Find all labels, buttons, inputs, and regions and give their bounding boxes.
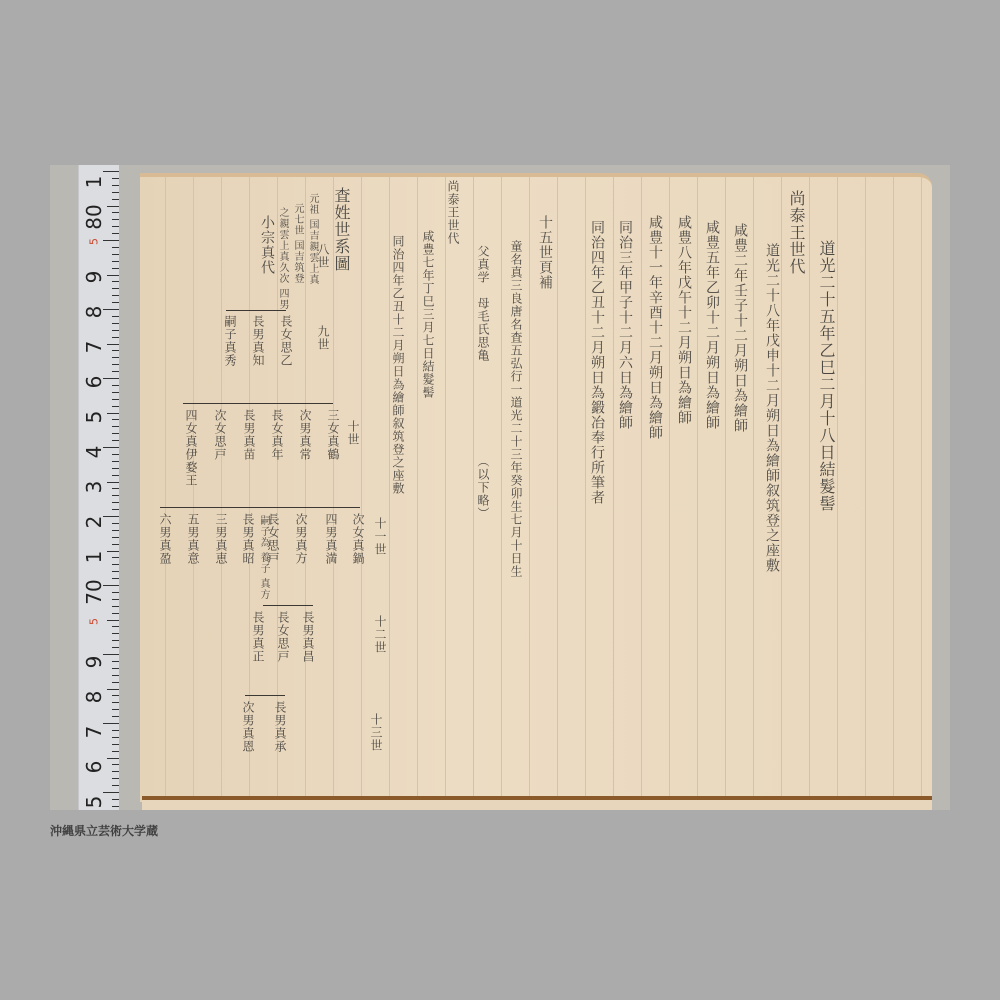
eleventh-gen-6: 三男真恵 — [213, 513, 230, 565]
ruler-tick — [112, 661, 119, 662]
ruler-tick — [107, 758, 119, 759]
entry-5: 咸豊八年戊午十二月朔日為繪師 — [674, 215, 694, 425]
ruler-tick — [107, 206, 119, 207]
paper-rule-line — [697, 177, 698, 810]
ruler-label: 5 — [82, 789, 106, 810]
ruler-label: 8 — [82, 299, 106, 325]
entry-8: 同治四年乙丑十二月朔日為鍛冶奉行所筆者 — [587, 220, 607, 505]
ruler-tick — [112, 357, 119, 358]
paper-rule-line — [893, 177, 894, 810]
paper-rule-line — [669, 177, 670, 810]
tenth-gen-1: 三女真鶴 — [325, 409, 342, 461]
ruler-tick — [107, 413, 119, 414]
paper-rule-line — [557, 177, 558, 810]
ruler-tick — [112, 675, 119, 676]
ruler-tick — [112, 295, 119, 296]
ruler-tick — [103, 240, 119, 241]
underlying-page — [142, 800, 932, 810]
ruler-tick — [107, 620, 119, 621]
entry-6: 咸豊十一年辛酉十二月朔日為繪師 — [645, 215, 665, 440]
ruler-tick — [112, 785, 119, 786]
eleventh-gen-2: 四男真満 — [323, 513, 340, 565]
paper-rule-line — [361, 177, 362, 810]
ruler-tick — [107, 551, 119, 552]
ruler-tick — [112, 695, 119, 696]
ruler-tick — [112, 261, 119, 262]
middle-entry-2: 同治四年乙丑十二月朔日為繪師叙筑登之座敷 — [390, 235, 407, 495]
ruler-tick — [112, 523, 119, 524]
ruler-tick — [112, 406, 119, 407]
ruler-tick — [112, 592, 119, 593]
ninth-gen-3: 嗣子真秀 — [222, 315, 239, 367]
eleventh-gen-3: 次男真方 — [293, 513, 310, 565]
ruler-tick — [112, 571, 119, 572]
ninth-gen-2: 長男真知 — [250, 315, 267, 367]
entry-7: 同治三年甲子十二月六日為繪師 — [615, 220, 635, 430]
gen-9-label: 九世 — [315, 325, 332, 351]
gen-11-label: 十一世 — [372, 517, 389, 556]
tenth-gen-2: 次男真常 — [297, 409, 314, 461]
ruler-label: 1 — [82, 544, 106, 570]
ruler-tick — [112, 454, 119, 455]
twelfth-gen-1: 長男真昌 — [300, 611, 317, 663]
ruler-tick — [112, 633, 119, 634]
ruler-tick — [112, 178, 119, 179]
ruler-label: 5 — [88, 609, 101, 635]
root-note-2: 元七世 国吉筑登 — [290, 203, 305, 284]
root-name: 小宗真代 — [257, 215, 277, 275]
ruler-tick — [112, 668, 119, 669]
eleventh-gen-1: 次女真鍋 — [350, 513, 367, 565]
gen-13-label: 十三世 — [368, 713, 385, 752]
ruler-tick — [112, 302, 119, 303]
paper-rule-line — [417, 177, 418, 810]
ruler-tick — [112, 233, 119, 234]
paper-rule-line — [445, 177, 446, 810]
root-note-3: 之親雲上真久次 四男 — [275, 207, 290, 310]
paper-rule-line — [501, 177, 502, 810]
paper-rule-line — [753, 177, 754, 810]
ruler-tick — [112, 337, 119, 338]
paper-rule-line — [641, 177, 642, 810]
ruler-tick — [107, 689, 119, 690]
eleventh-note: 嗣子為 養子 真方 — [256, 515, 271, 600]
ruler-tick — [112, 626, 119, 627]
tenth-gen-4: 長男真苗 — [241, 409, 258, 461]
ruler-tick — [112, 254, 119, 255]
eleventh-gen-7: 五男真意 — [185, 513, 202, 565]
tree-title: 査姓世系圖 — [330, 187, 353, 272]
gen-12-label: 十二世 — [372, 615, 389, 654]
ruler-tick — [112, 247, 119, 248]
entry-3: 咸豊二年壬子十二月朔日為繪師 — [730, 223, 750, 433]
ruler-tick — [112, 647, 119, 648]
ruler-tick — [112, 323, 119, 324]
ruler-tick — [112, 716, 119, 717]
tenth-gen-3: 長女真年 — [269, 409, 286, 461]
parents-record: 父真学 母毛氏思亀 — [475, 245, 492, 362]
paper-rule-line — [613, 177, 614, 810]
ruler-label: 8 — [82, 684, 106, 710]
twelfth-gen-2: 長女思戸 — [275, 611, 292, 663]
ruler-tick — [112, 564, 119, 565]
entry-1: 道光二十五年乙巳二月十八日結髮髻 — [815, 240, 838, 512]
gen-8-label: 八世 — [315, 243, 332, 269]
ruler-label: 80 — [82, 204, 106, 230]
ruler-tick — [107, 482, 119, 483]
ruler-tick — [112, 509, 119, 510]
ruler-tick — [112, 709, 119, 710]
eleventh-gen-5: 長男真昭 — [240, 513, 257, 565]
ruler-tick — [112, 392, 119, 393]
ruler-tick — [112, 613, 119, 614]
ruler-tick — [112, 199, 119, 200]
ruler-tick — [112, 771, 119, 772]
ruler-tick — [112, 640, 119, 641]
ruler-tick — [112, 702, 119, 703]
paper-rule-line — [921, 177, 922, 810]
ruler-tick — [112, 744, 119, 745]
ruler-label: 5 — [88, 229, 101, 255]
ruler-tick — [112, 468, 119, 469]
ninth-gen-1: 長女思乙 — [278, 315, 295, 367]
ruler-label: 2 — [82, 509, 106, 535]
ruler-label: 6 — [82, 369, 106, 395]
ruler-tick — [112, 185, 119, 186]
ruler-tick — [112, 599, 119, 600]
thirteenth-gen-1: 長男真承 — [272, 701, 289, 753]
ruler-tick — [112, 488, 119, 489]
right-heading: 尚泰王世代 — [785, 190, 808, 275]
measuring-ruler: 180598765432170598765 — [78, 165, 119, 810]
ruler-label: 1 — [82, 169, 106, 195]
tenth-gen-6: 四女真伊婺王 — [183, 409, 200, 487]
middle-entry-1: 咸豊七年丁巳三月七日結髮髻 — [420, 230, 437, 399]
ruler-tick — [112, 192, 119, 193]
paper-rule-line — [165, 177, 166, 810]
paper-rule-line — [809, 177, 810, 810]
ruler-label: 7 — [82, 334, 106, 360]
paper-rule-line — [725, 177, 726, 810]
middle-sub-heading: 尚泰王世代 — [445, 180, 462, 245]
manuscript-photo: 180598765432170598765 尚泰王世代 道光二十五年乙巳二月十八… — [50, 165, 950, 810]
tenth-gen-5: 次女思戸 — [212, 409, 229, 461]
ruler-tick — [112, 751, 119, 752]
ruler-tick — [112, 461, 119, 462]
ruler-label: 9 — [82, 649, 106, 675]
ruler-label: 7 — [82, 719, 106, 745]
gen-10-label: 十世 — [345, 420, 362, 446]
ruler-tick — [112, 426, 119, 427]
ruler-label: 3 — [82, 474, 106, 500]
ruler-label: 6 — [82, 754, 106, 780]
ruler-tick — [112, 495, 119, 496]
ruler-label: 5 — [82, 404, 106, 430]
ruler-tick — [112, 778, 119, 779]
ruler-tick — [112, 226, 119, 227]
collection-caption: 沖縄県立芸術大学蔵 — [50, 822, 158, 839]
ruler-tick — [112, 730, 119, 731]
ruler-tick — [112, 737, 119, 738]
ruler-label: 70 — [82, 579, 106, 605]
ruler-tick — [112, 371, 119, 372]
ruler-tick — [112, 764, 119, 765]
ruler-tick — [112, 419, 119, 420]
ruler-tick — [112, 475, 119, 476]
entry-4: 咸豊五年乙卯十二月朔日為繪師 — [702, 220, 722, 430]
entry-2: 道光二十八年戊申十二月朔日為繪師叙筑登之座敷 — [762, 243, 782, 573]
ruler-tick — [112, 364, 119, 365]
ruler-tick — [112, 530, 119, 531]
paper-rule-line — [473, 177, 474, 810]
ruler-tick — [112, 544, 119, 545]
paper-rule-line — [529, 177, 530, 810]
ruler-tick — [112, 806, 119, 807]
paper-rule-line — [221, 177, 222, 810]
paper-rule-line — [865, 177, 866, 810]
ruler-tick — [112, 799, 119, 800]
ruler-tick — [112, 385, 119, 386]
ruler-tick — [112, 212, 119, 213]
root-note-1: 元祖 国吉親雲上真 — [305, 193, 320, 285]
ruler-label: 4 — [82, 439, 106, 465]
birth-record: 童名真三良唐名査五弘行一道光二十三年癸卯生七月十日生 — [508, 240, 525, 578]
ruler-tick — [107, 275, 119, 276]
ruler-tick — [112, 537, 119, 538]
ruler-tick — [112, 288, 119, 289]
ruler-tick — [112, 281, 119, 282]
ruler-tick — [112, 268, 119, 269]
eleventh-gen-8: 六男真盈 — [157, 513, 174, 565]
ruler-tick — [112, 502, 119, 503]
ruler-tick — [112, 578, 119, 579]
thirteenth-gen-2: 次男真恩 — [240, 701, 257, 753]
ruler-tick — [107, 344, 119, 345]
twelfth-gen-3: 長男真正 — [250, 611, 267, 663]
paper-rule-line — [193, 177, 194, 810]
ruler-tick — [112, 219, 119, 220]
ruler-tick — [112, 330, 119, 331]
paper-rule-line — [585, 177, 586, 810]
ruler-tick — [112, 440, 119, 441]
ruler-tick — [112, 433, 119, 434]
ruler-tick — [112, 557, 119, 558]
middle-heading: 十五世頁補 — [535, 215, 555, 290]
ruler-tick — [112, 350, 119, 351]
ruler-label: 9 — [82, 264, 106, 290]
ruler-tick — [112, 316, 119, 317]
ruler-tick — [112, 682, 119, 683]
ruler-tick — [112, 606, 119, 607]
ruler-tick — [112, 399, 119, 400]
omission-note: （以下略） — [475, 455, 492, 520]
